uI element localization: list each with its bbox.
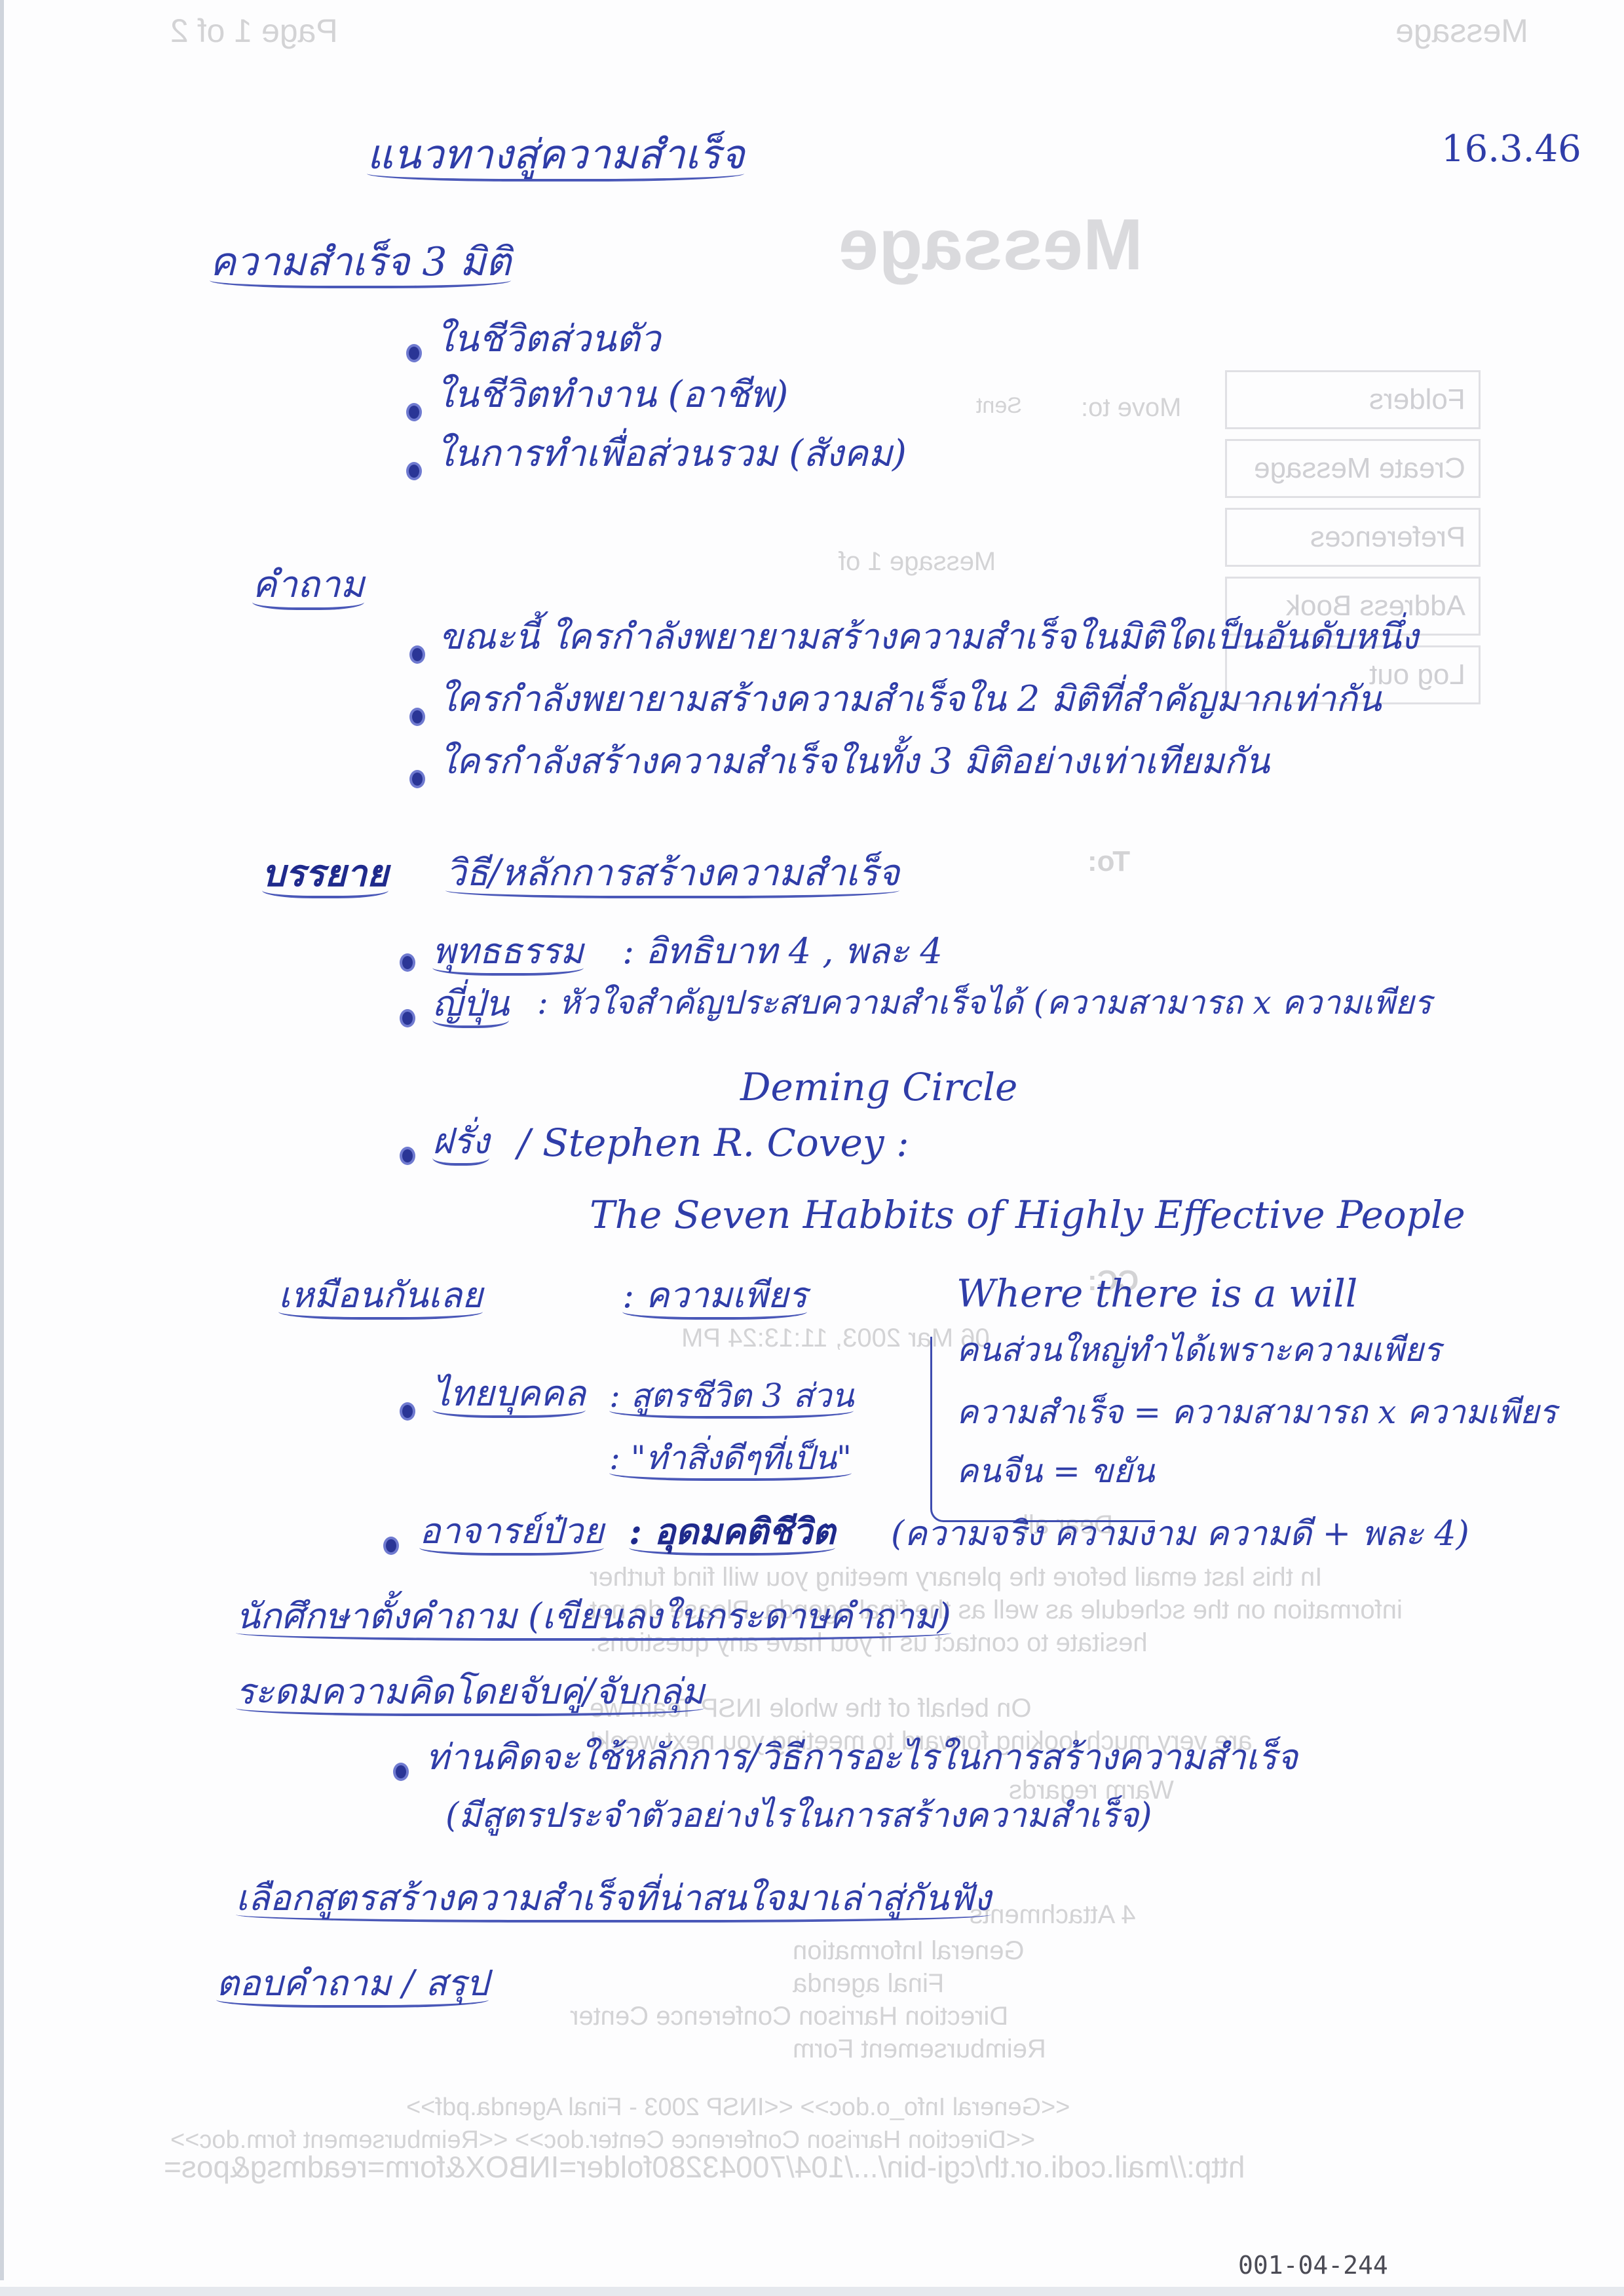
- proverb-english: Where there is a will: [956, 1274, 1357, 1312]
- lecture-item-label: ญี่ปุ่น: [432, 986, 509, 1028]
- closing-line: นักศึกษาตั้งคำถาม (เขียนลงในกระดาษคำถาม): [236, 1599, 951, 1641]
- puey-value: : อุดมคติชีวิต: [629, 1514, 835, 1556]
- bullet-icon: [406, 344, 422, 362]
- closing-line: ตอบคำถาม / สรุป: [216, 1966, 489, 2008]
- lecture-item-label: พุทธธรรม: [432, 934, 584, 976]
- thai-item: : "ทำสิ่งดีๆที่เป็น": [609, 1442, 852, 1481]
- bullet-icon: [400, 1009, 415, 1027]
- bullet-icon: [406, 462, 422, 480]
- ghost-message-counter: Message 1 of: [839, 547, 996, 577]
- proverb-label: เหมือนกันเลย: [278, 1278, 483, 1320]
- bullet-icon: [406, 403, 422, 421]
- questions-heading: คำถาม: [252, 567, 364, 610]
- ghost-nav-preferences: Preferences: [1225, 508, 1481, 567]
- lecture-item-text: / Stephen R. Covey :: [518, 1124, 909, 1162]
- closing-line: เลือกสูตรสร้างความสำเร็จที่น่าสนใจมาเล่า…: [236, 1881, 991, 1923]
- ghost-nav-folders: Folders: [1225, 370, 1481, 429]
- bullet-icon: [400, 1147, 415, 1165]
- dimensions-heading: ความสำเร็จ 3 มิติ: [210, 242, 511, 288]
- ghost-files-1: <<General Info_o.doc>> <<INSP 2003 - Fin…: [406, 2094, 1070, 2122]
- bullet-icon: [400, 953, 415, 972]
- closing-line: (มีสูตรประจำตัวอย่างไรในการสร้างความสำเร…: [445, 1799, 1152, 1833]
- scan-edge-bottom: [0, 2287, 1624, 2296]
- dimension-item: ในชีวิตทำงาน (อาชีพ): [436, 377, 788, 413]
- thai-label: ไทยบุคคล: [432, 1376, 586, 1418]
- lecture-label: บรรยาย: [262, 855, 388, 898]
- ghost-big-title: Message: [839, 203, 1143, 286]
- bullet-icon: [400, 1402, 415, 1421]
- ghost-to-label: To:: [1087, 845, 1130, 878]
- question-item: ใครกำลังสร้างความสำเร็จในทั้ง 3 มิติอย่า…: [439, 744, 1270, 779]
- bullet-icon: [409, 708, 425, 726]
- lecture-item-text: : หัวใจสำคัญประสบความสำเร็จได้ (ความสามา…: [537, 986, 1431, 1019]
- note-date: 16.3.46: [1441, 131, 1581, 168]
- thai-item: : สูตรชีวิต 3 ส่วน: [609, 1379, 854, 1419]
- bullet-icon: [383, 1537, 399, 1555]
- ghost-footer-url: http://mail.codi.or.th/cgi-bin/.../104/7…: [164, 2149, 1245, 2185]
- bullet-icon: [393, 1763, 409, 1781]
- bullet-icon: [409, 770, 425, 788]
- scan-edge: [0, 0, 4, 2280]
- ghost-page-counter: Page 1 of 2: [170, 12, 338, 50]
- bullet-icon: [409, 645, 425, 664]
- puey-note: (ความจริง ความงาม ความดี + พละ 4): [891, 1517, 1469, 1551]
- puey-label: อาจารย์ป๋วย: [419, 1514, 604, 1556]
- page-title: แนวทางสู่ความสำเร็จ: [367, 134, 744, 182]
- ghost-attachment-2: Final agenda: [793, 1969, 944, 1999]
- ghost-nav-create: Create Message: [1225, 439, 1481, 498]
- ghost-attachment-1: General Information: [793, 1936, 1025, 1966]
- ghost-move-to-value: Sent: [976, 393, 1022, 419]
- question-item: ใครกำลังพยายามสร้างความสำเร็จใน 2 มิติที…: [439, 681, 1382, 717]
- dimension-item: ในชีวิตส่วนตัว: [436, 321, 660, 358]
- ghost-header-message: Message: [1395, 12, 1528, 50]
- deming-circle: Deming Circle: [740, 1068, 1017, 1106]
- book-title: The Seven Habbits of Highly Effective Pe…: [590, 1196, 1465, 1234]
- closing-line: ระดมความคิดโดยจับคู่/จับกลุ่ม: [236, 1674, 704, 1716]
- proverb-value: : ความเพียร: [622, 1278, 807, 1320]
- ghost-attachments: 4 Attachments: [970, 1900, 1135, 1930]
- ghost-attachment-3: Direction Harrison Conference Center: [570, 2002, 1008, 2031]
- lecture-heading: วิธี/หลักการสร้างความสำเร็จ: [445, 855, 899, 898]
- closing-line: ท่านคิดจะใช้หลักการ/วิธีการอะไรในการสร้า…: [426, 1740, 1298, 1775]
- dimension-item: ในการทำเพื่อส่วนรวม (สังคม): [436, 436, 907, 472]
- bracket-divider: [930, 1337, 1155, 1522]
- lecture-item-label: ฝรั่ง: [432, 1124, 489, 1166]
- archive-number: 001-04-244: [1238, 2251, 1388, 2280]
- question-item: ขณะนี้ ใครกำลังพยายามสร้างความสำเร็จในมิ…: [439, 619, 1418, 655]
- lecture-item-text: : อิทธิบาท 4 , พละ 4: [622, 934, 943, 969]
- ghost-body-1: In this last email before the plenary me…: [590, 1563, 1322, 1592]
- ghost-attachment-4: Reimbursement Form: [793, 2035, 1046, 2064]
- ghost-move-to: Move to:: [1081, 393, 1181, 423]
